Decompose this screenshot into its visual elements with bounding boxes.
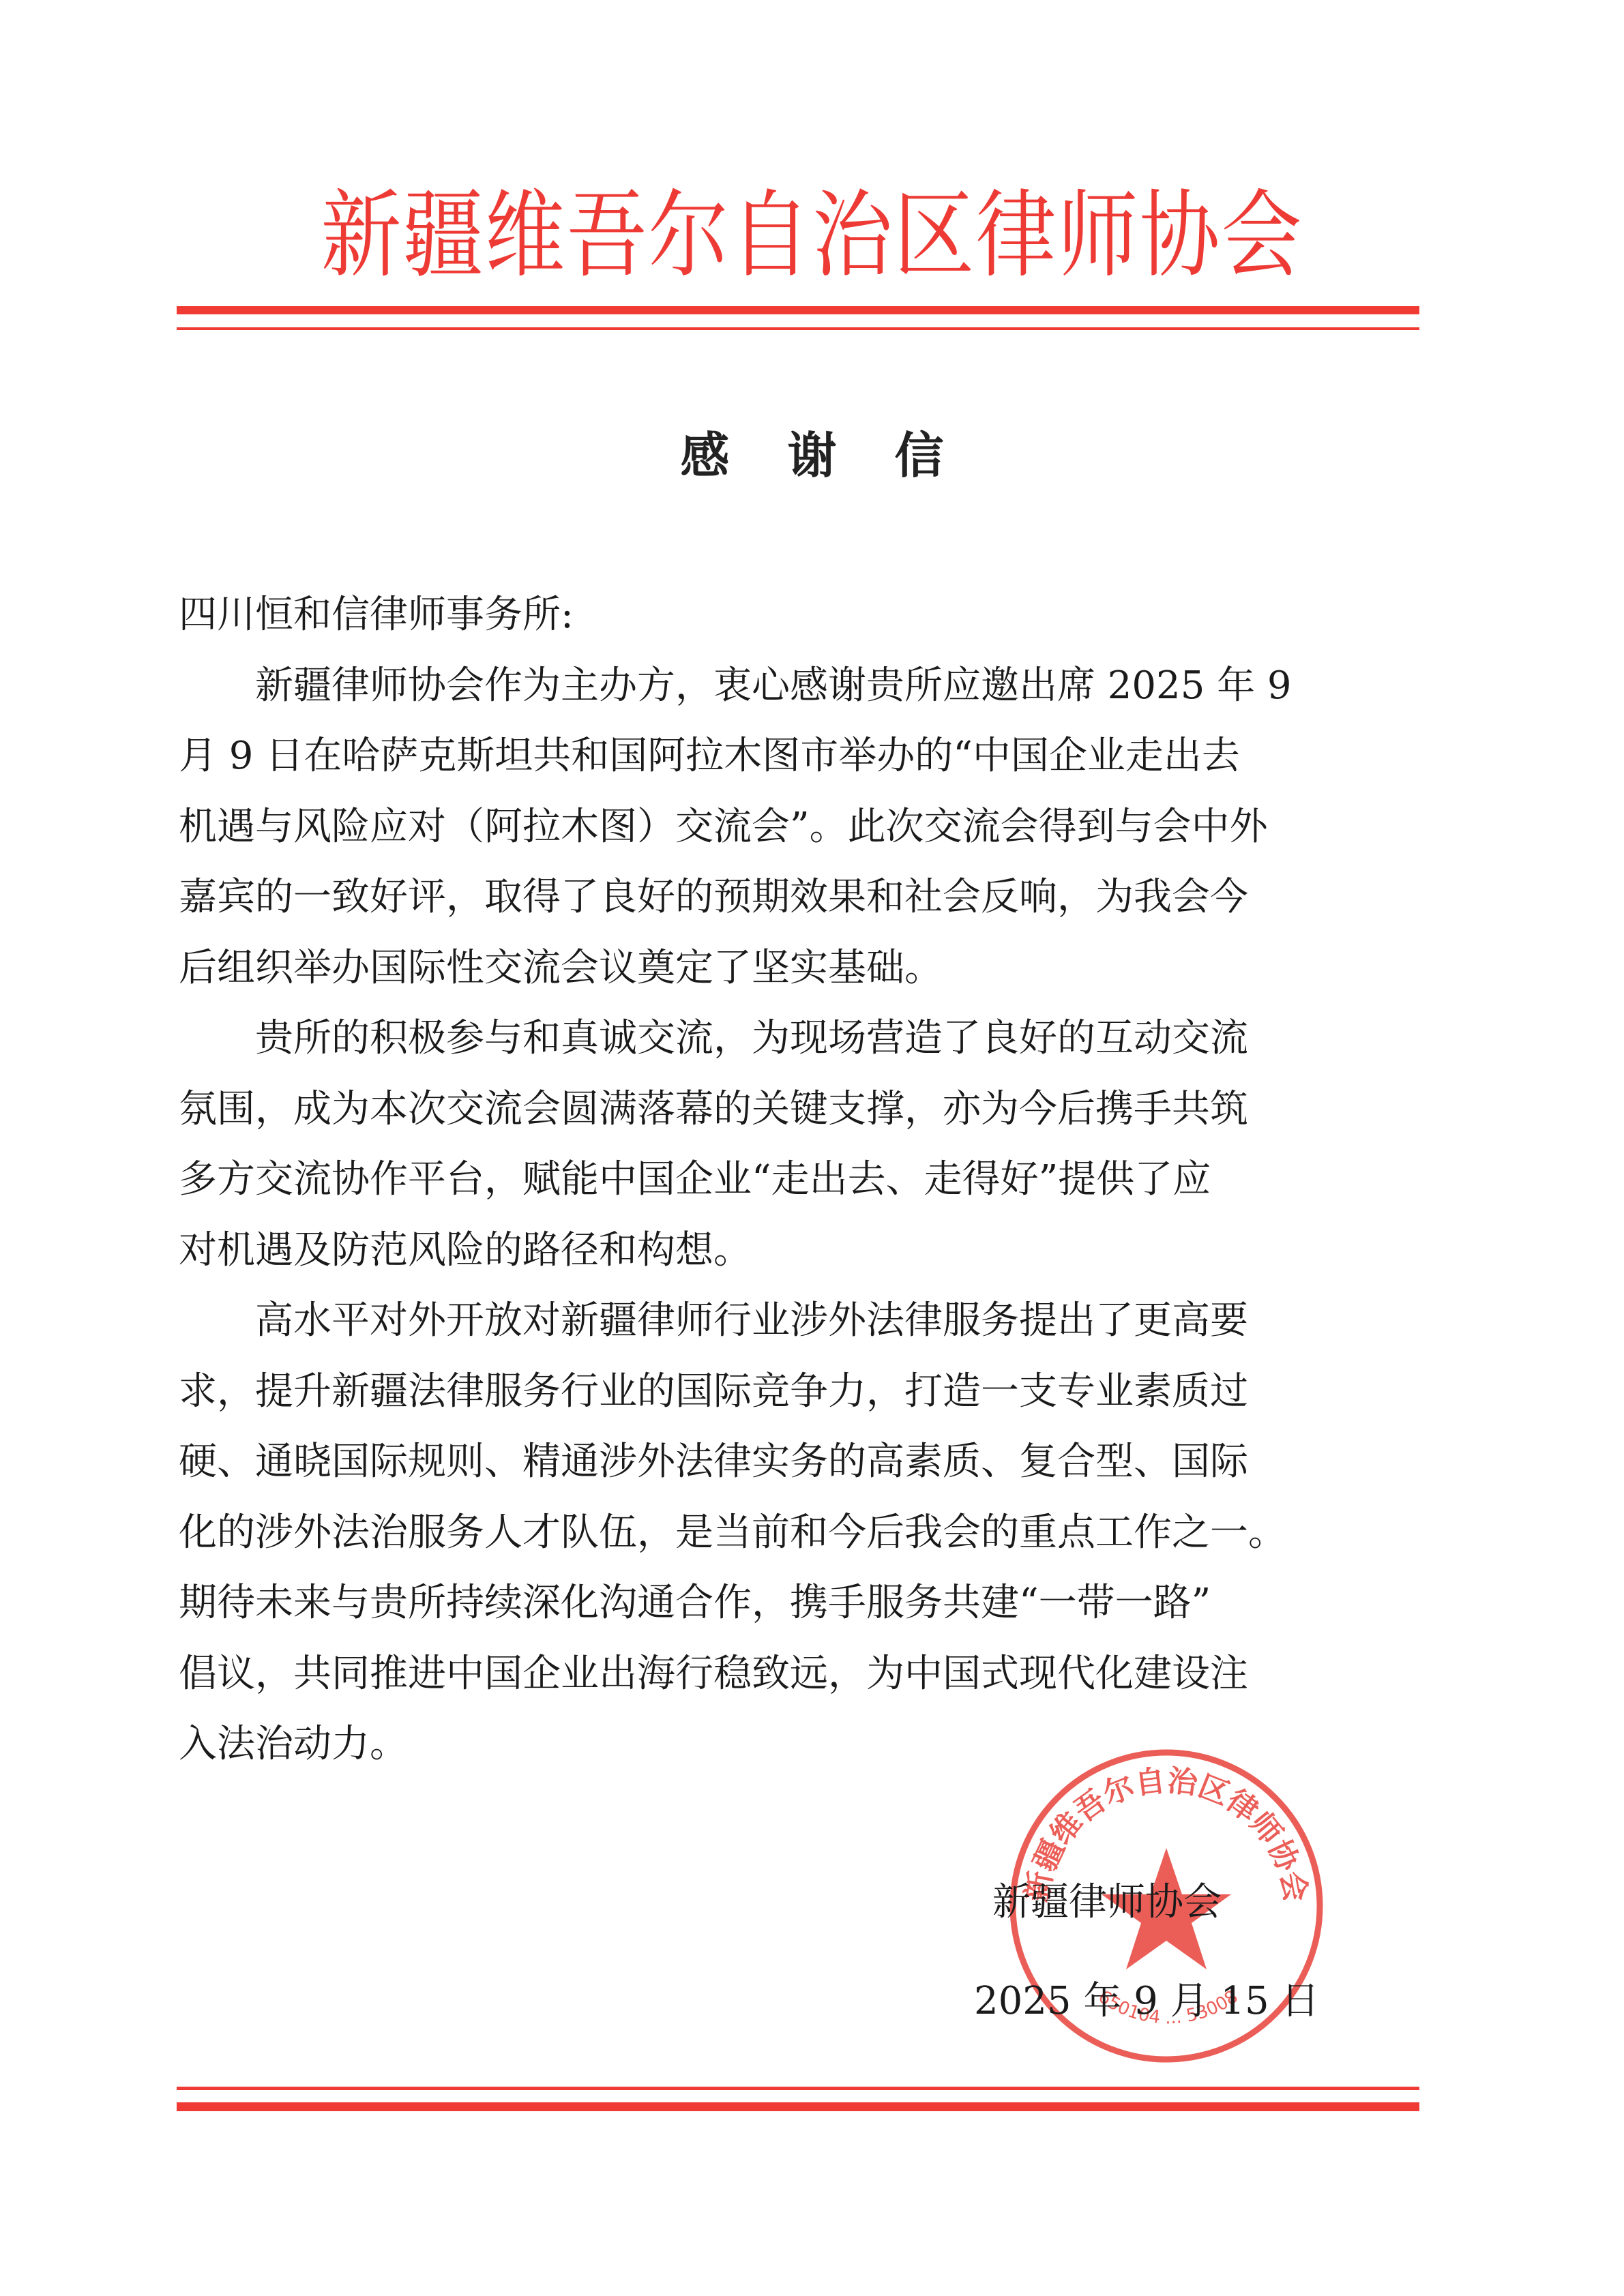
body-line: 硬、通晓国际规则、精通涉外法律实务的高素质、复合型、国际	[179, 1427, 1434, 1497]
body-line: 机遇与风险应对（阿拉木图）交流会”。此次交流会得到与会中外	[179, 792, 1434, 863]
letter-body: 四川恒和信律师事务所: 新疆律师协会作为主办方，衷心感谢贵所应邀出席 2025 …	[179, 580, 1434, 1780]
letterhead-rule-thin	[177, 327, 1419, 330]
body-line: 后组织举办国际性交流会议奠定了坚实基础。	[179, 933, 1434, 1004]
body-line: 新疆律师协会作为主办方，衷心感谢贵所应邀出席 2025 年 9	[179, 651, 1434, 721]
letterhead-title: 新疆维吾尔自治区律师协会	[0, 179, 1624, 291]
signature-organization: 新疆律师协会	[992, 1872, 1279, 1926]
body-line: 高水平对外开放对新疆律师行业涉外法律服务提出了更高要	[179, 1285, 1434, 1356]
body-line: 求，提升新疆法律服务行业的国际竞争力，打造一支专业素质过	[179, 1356, 1434, 1427]
body-line: 期待未来与贵所持续深化沟通合作，携手服务共建“一带一路”	[179, 1568, 1434, 1639]
footer-rule-thick	[177, 2102, 1419, 2111]
footer-rule-thin	[177, 2087, 1419, 2090]
document-title: 感 谢 信	[0, 416, 1624, 487]
body-line: 对机遇及防范风险的路径和构想。	[179, 1215, 1434, 1286]
salutation: 四川恒和信律师事务所:	[179, 580, 1434, 651]
signature-date: 2025 年 9 月 15 日	[974, 1971, 1329, 2025]
body-line: 嘉宾的一致好评，取得了良好的预期效果和社会反响，为我会今	[179, 862, 1434, 933]
body-line: 月 9 日在哈萨克斯坦共和国阿拉木图市举办的“中国企业走出去	[179, 721, 1434, 792]
body-line: 化的涉外法治服务人才队伍，是当前和今后我会的重点工作之一。	[179, 1497, 1434, 1568]
body-line: 氛围，成为本次交流会圆满落幕的关键支撑，亦为今后携手共筑	[179, 1074, 1434, 1145]
body-line: 倡议，共同推进中国企业出海行稳致远，为中国式现代化建设注	[179, 1639, 1434, 1710]
body-line: 贵所的积极参与和真诚交流，为现场营造了良好的互动交流	[179, 1003, 1434, 1074]
body-line: 多方交流协作平台，赋能中国企业“走出去、走得好”提供了应	[179, 1144, 1434, 1215]
letterhead-rule-thick	[177, 306, 1419, 314]
